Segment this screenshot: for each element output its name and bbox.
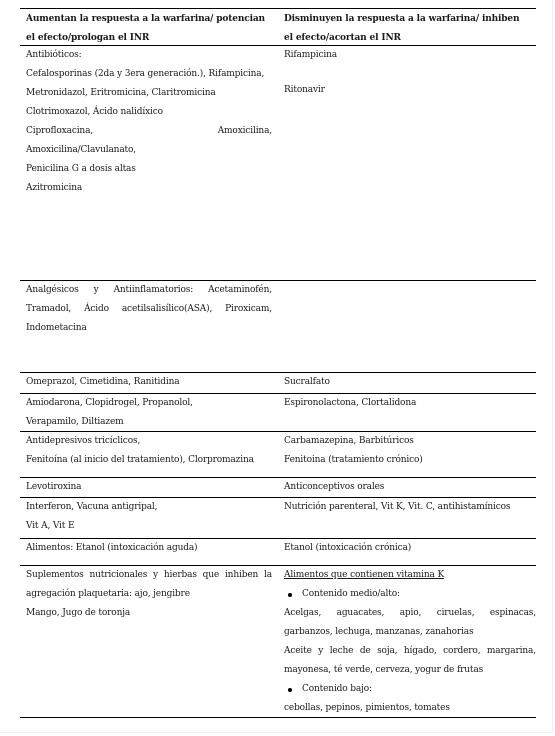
- justified-line: Acelgas, aguacates, apio, ciruelas, espi…: [284, 604, 536, 623]
- justified-line: Analgésicos y Antiinflamatorios: Acetami…: [26, 281, 272, 300]
- justified-line: Aceite y leche de soja, hígado, cordero,…: [284, 642, 536, 661]
- bullet-icon: [288, 688, 292, 692]
- cell-decrease: Nutrición parenteral, Vit K, Vit. C, ant…: [278, 498, 536, 538]
- table-header-row: Aumentan la respuesta a la warfarina/ po…: [20, 9, 536, 46]
- cell-increase: Omeprazol, Cimetidina, Ranitidina: [20, 373, 278, 393]
- cell-decrease: Sucralfato: [278, 373, 536, 393]
- cell-increase: Analgésicos y Antiinflamatorios: Acetami…: [20, 281, 278, 372]
- cell-increase: Antidepresivos tricíclicos, Fenitoína (a…: [20, 432, 278, 477]
- cell-decrease: Carbamazepina, Barbitúricos Fenitoina (t…: [278, 432, 536, 477]
- justified-line: Tramadol, Ácido acetilsalisílico(ASA), P…: [26, 300, 272, 319]
- table-row-supplements-foods: Suplementos nutricionales y hierbas que …: [20, 566, 536, 718]
- table-row-analgesics: Analgésicos y Antiinflamatorios: Acetami…: [20, 281, 536, 373]
- cell-increase: Suplementos nutricionales y hierbas que …: [20, 566, 278, 717]
- table-row-ethanol: Alimentos: Etanol (intoxicación aguda) E…: [20, 539, 536, 566]
- bullet-item-low: Contenido bajo:: [284, 680, 536, 699]
- cell-increase: Interferon, Vacuna antigripal, Vit A, Vi…: [20, 498, 278, 538]
- justified-line: Ciprofloxacina, Amoxicilina,: [26, 122, 272, 141]
- cell-decrease: Espironolactona, Clortalidona: [278, 394, 536, 431]
- cell-increase: Amiodarona, Clopidrogel, Propanolol, Ver…: [20, 394, 278, 431]
- cell-decrease: Etanol (intoxicación crónica): [278, 539, 536, 565]
- cell-increase: Levotiroxina: [20, 478, 278, 497]
- vitamin-k-foods-title: Alimentos que contienen vitamina K: [284, 566, 536, 585]
- cell-decrease: [278, 281, 536, 372]
- table-row-cardiovascular: Amiodarona, Clopidrogel, Propanolol, Ver…: [20, 394, 536, 432]
- table-row-vitamins: Interferon, Vacuna antigripal, Vit A, Vi…: [20, 498, 536, 539]
- table-row-neuro: Antidepresivos tricíclicos, Fenitoína (a…: [20, 432, 536, 478]
- header-decrease-response: Disminuyen la respuesta a la warfarina/ …: [278, 9, 536, 45]
- bullet-icon: [288, 593, 292, 597]
- cell-decrease: Rifampicina Ritonavir: [278, 46, 536, 280]
- justified-line: Suplementos nutricionales y hierbas que …: [26, 566, 272, 585]
- bullet-item-medium-high: Contenido medio/alto:: [284, 585, 536, 604]
- cell-increase: Antibióticos: Cefalosporinas (2da y 3era…: [20, 46, 278, 280]
- warfarin-interactions-table: Aumentan la respuesta a la warfarina/ po…: [20, 8, 536, 718]
- cell-increase: Alimentos: Etanol (intoxicación aguda): [20, 539, 278, 565]
- table-row-antibiotics: Antibióticos: Cefalosporinas (2da y 3era…: [20, 46, 536, 281]
- cell-decrease: Alimentos que contienen vitamina K Conte…: [278, 566, 536, 717]
- table-row-antacids: Omeprazol, Cimetidina, Ranitidina Sucral…: [20, 373, 536, 394]
- header-increase-response: Aumentan la respuesta a la warfarina/ po…: [20, 9, 278, 45]
- table-row-hormones: Levotiroxina Anticonceptivos orales: [20, 478, 536, 498]
- cell-decrease: Anticonceptivos orales: [278, 478, 536, 497]
